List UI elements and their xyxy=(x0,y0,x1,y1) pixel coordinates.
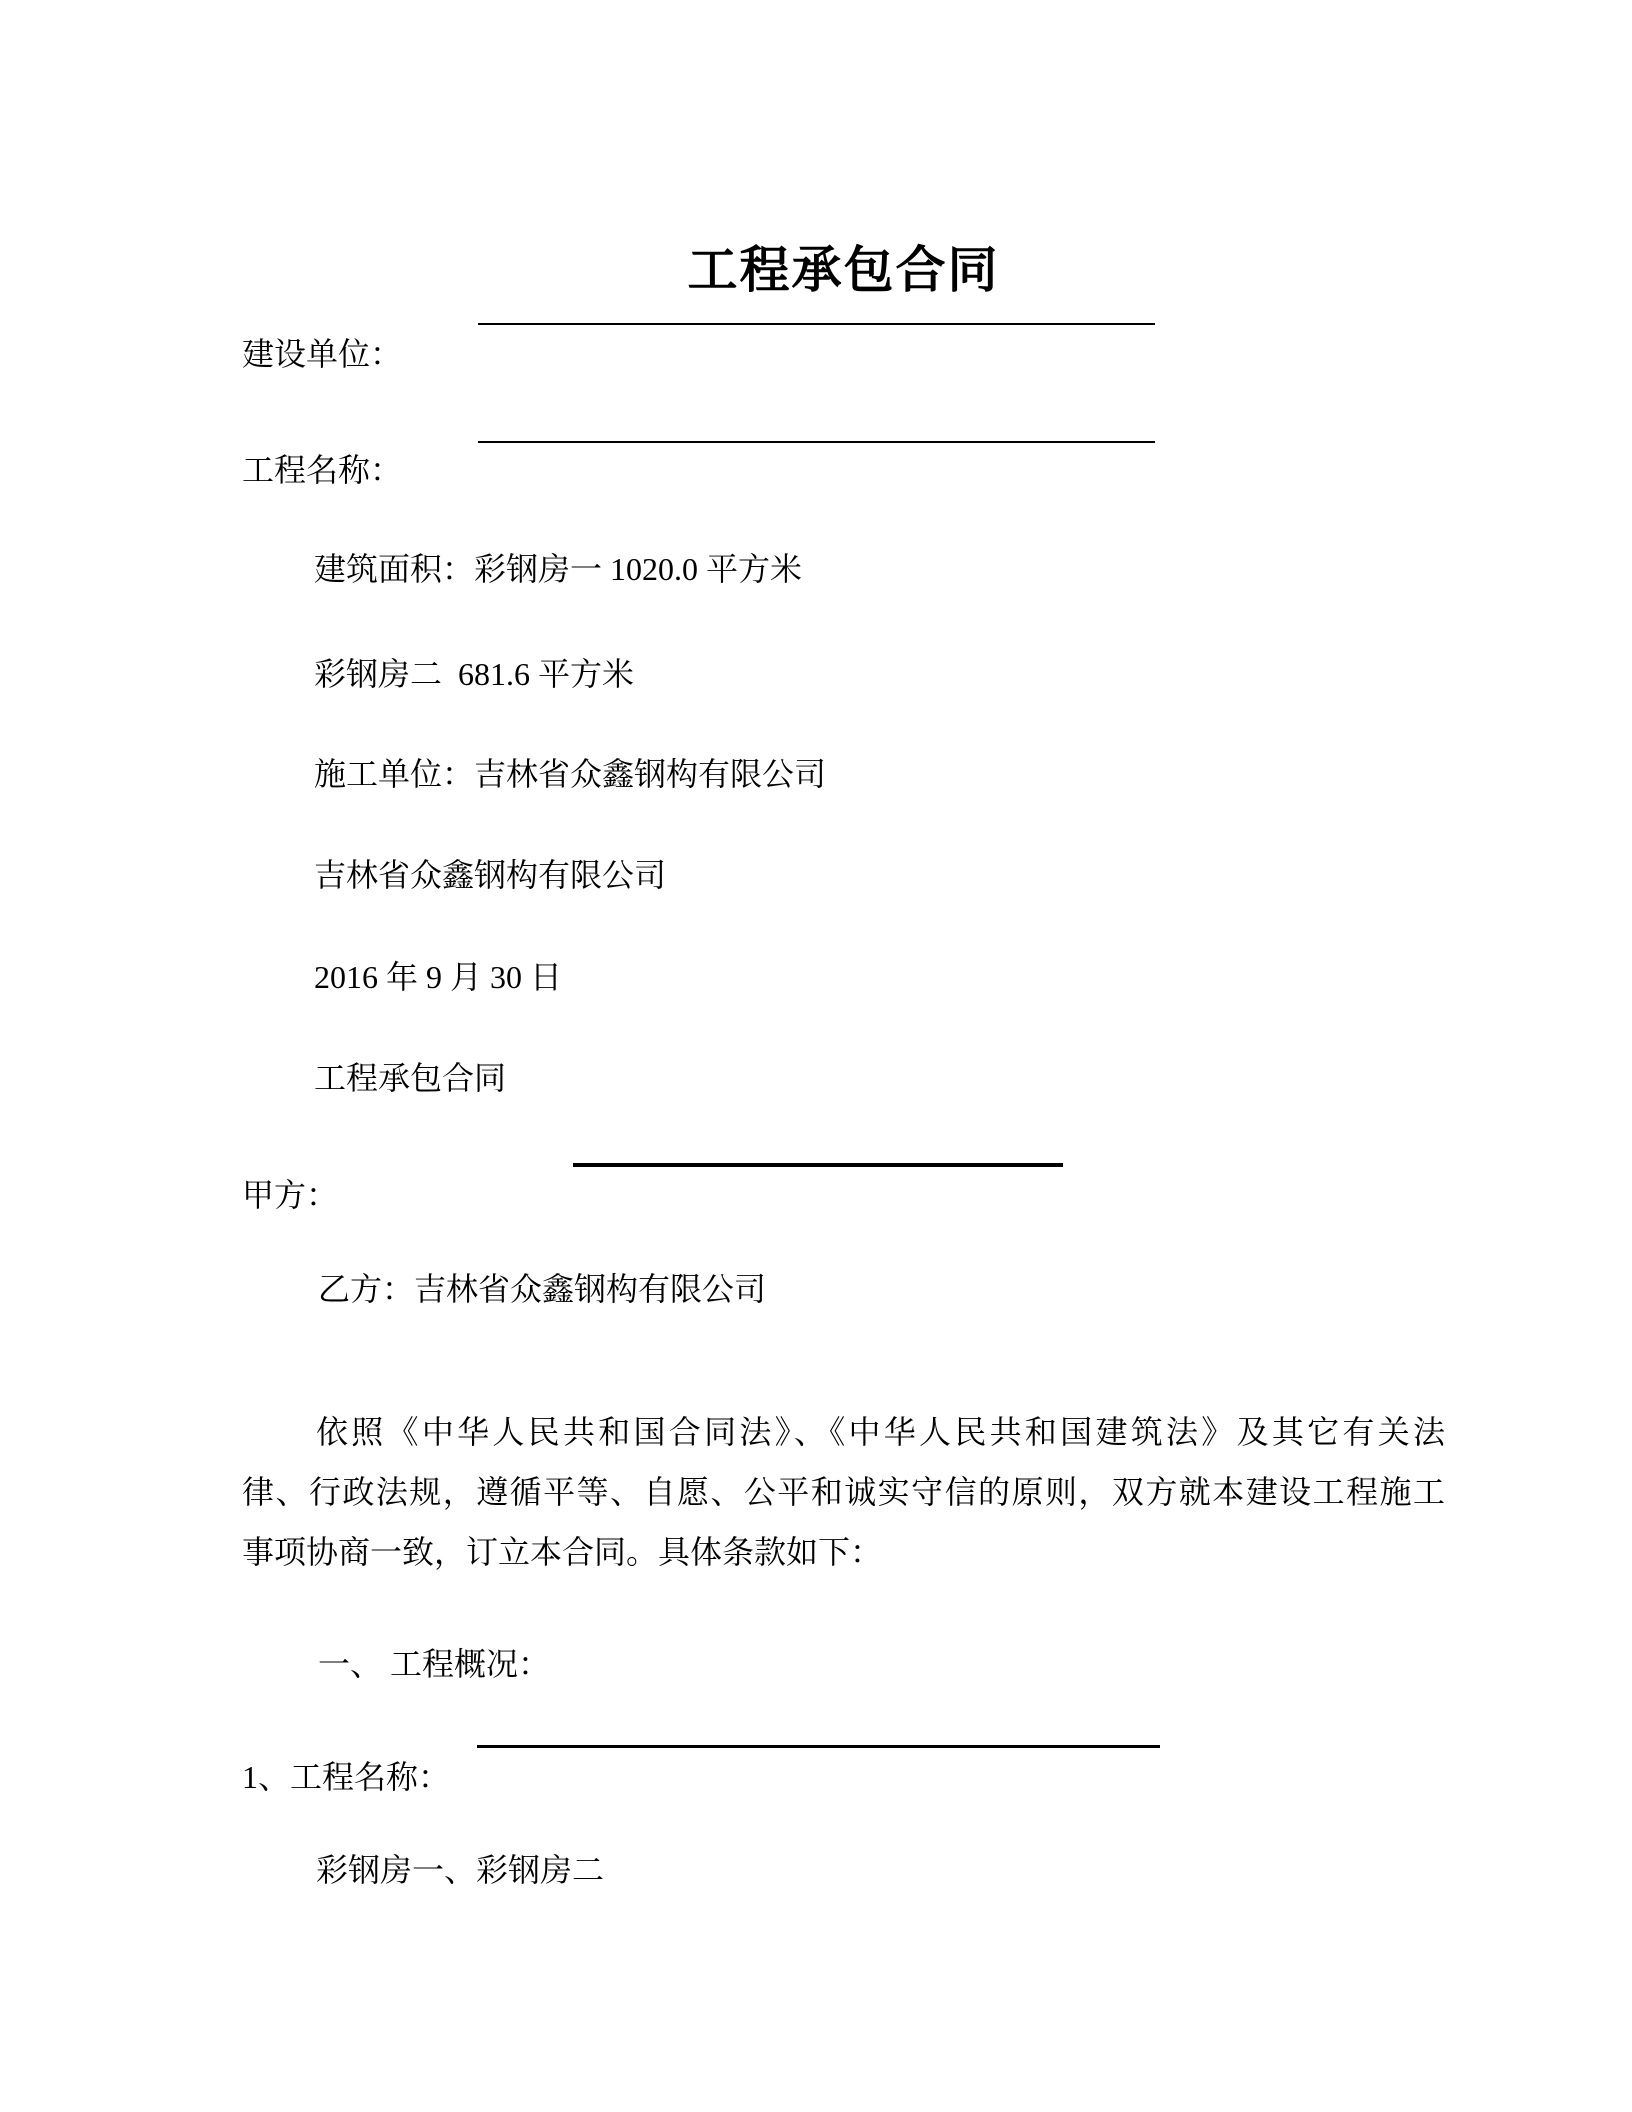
section-1-heading: 一、 工程概况： xyxy=(318,1646,550,1683)
building-area-line-1: 建筑面积：彩钢房一 1020.0 平方米 xyxy=(314,551,802,588)
clause-1-label: 1、工程名称： xyxy=(242,1759,450,1796)
construction-unit-blank-line xyxy=(478,323,1155,325)
preamble-line-2: 律、行政法规，遵循平等、自愿、公平和诚实守信的原则，双方就本建设工程施工 xyxy=(242,1462,1445,1522)
project-name-label: 工程名称： xyxy=(242,452,402,489)
date-line: 2016 年 9 月 30 日 xyxy=(314,959,562,996)
construction-unit-label: 建设单位： xyxy=(242,336,402,373)
party-a-label: 甲方： xyxy=(242,1177,338,1214)
party-b-line: 乙方：吉林省众鑫钢构有限公司 xyxy=(318,1271,766,1308)
contract-document-page: 工程承包合同 建设单位： 工程名称： 建筑面积：彩钢房一 1020.0 平方米 … xyxy=(0,0,1632,2112)
building-area-line-2: 彩钢房二 681.6 平方米 xyxy=(314,656,634,693)
preamble-line-1: 依照《中华人民共和国合同法》、《中华人民共和国建筑法》及其它有关法 xyxy=(242,1402,1445,1462)
document-title: 工程承包合同 xyxy=(242,230,1445,302)
preamble-line-3: 事项协商一致，订立本合同。具体条款如下： xyxy=(242,1522,1445,1582)
project-name-blank-line xyxy=(478,441,1155,443)
subtitle-line: 工程承包合同 xyxy=(314,1060,506,1097)
clause-1-blank-line xyxy=(477,1745,1160,1748)
preamble-paragraph: 依照《中华人民共和国合同法》、《中华人民共和国建筑法》及其它有关法 律、行政法规… xyxy=(242,1402,1445,1582)
company-name-line: 吉林省众鑫钢构有限公司 xyxy=(314,857,666,894)
party-a-blank-line xyxy=(573,1163,1063,1167)
contractor-line: 施工单位：吉林省众鑫钢构有限公司 xyxy=(314,756,826,793)
clause-1-value: 彩钢房一、彩钢房二 xyxy=(316,1852,604,1889)
